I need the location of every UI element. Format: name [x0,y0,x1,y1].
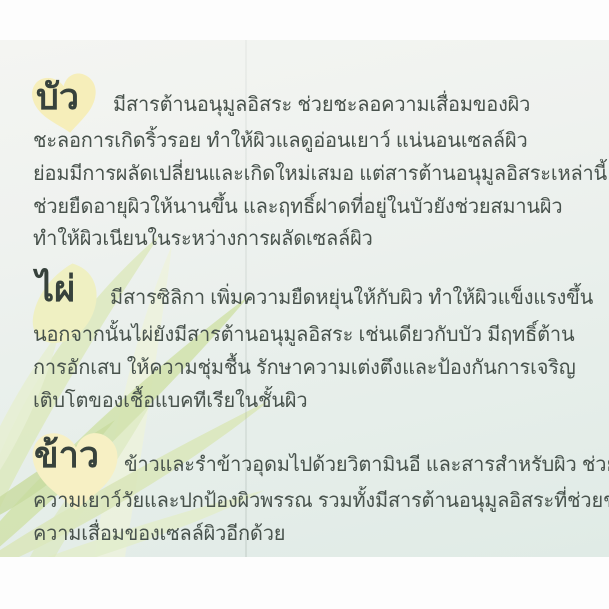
section-title-lotus: บัว [36,76,79,117]
scanned-leaflet-page: บัว มีสารต้านอนุมูลอิสระ ช่วยชะลอความเสื… [0,0,609,609]
leaflet-card: บัว มีสารต้านอนุมูลอิสระ ช่วยชะลอความเสื… [0,40,609,557]
body-line: ช่วยยืดอายุผิวให้นานขึ้น และฤทธิ์ฝาดที่อ… [33,194,562,220]
body-line: นอกจากนั้นไผ่ยังมีสารต้านอนุมูลอิสระ เช่… [33,322,574,348]
body-line: การอักเสบ ให้ความชุ่มชื้น รักษาความเต่งต… [33,355,576,381]
body-line: ความเยาว์วัยและปกป้องผิวพรรณ รวมทั้งมีสา… [33,488,609,514]
body-line: ย่อมมีการผลัดเปลี่ยนและเกิดใหม่เสมอ แต่ส… [33,161,607,187]
body-line: ข้าวและรำข้าวอุดมไปด้วยวิตามินอี และสารส… [124,452,609,478]
body-line: มีสารซิลิกา เพิ่มความยืดหยุ่นให้กับผิว ท… [110,285,593,311]
body-line: ทำให้ผิวเนียนในระหว่างการผลัดเซลล์ผิว [33,226,373,252]
section-title-rice: ข้าว [34,434,99,475]
body-line: ความเสื่อมของเซลล์ผิวอีกด้วย [33,521,285,547]
section-title-bamboo: ไผ่ [36,268,75,309]
body-line: ชะลอการเกิดริ้วรอย ทำให้ผิวแลดูอ่อนเยาว์… [33,128,528,154]
body-line: เติบโตของเชื้อแบคทีเรียในชั้นผิว [33,388,307,414]
body-line: มีสารต้านอนุมูลอิสระ ช่วยชะลอความเสื่อมข… [113,92,530,118]
